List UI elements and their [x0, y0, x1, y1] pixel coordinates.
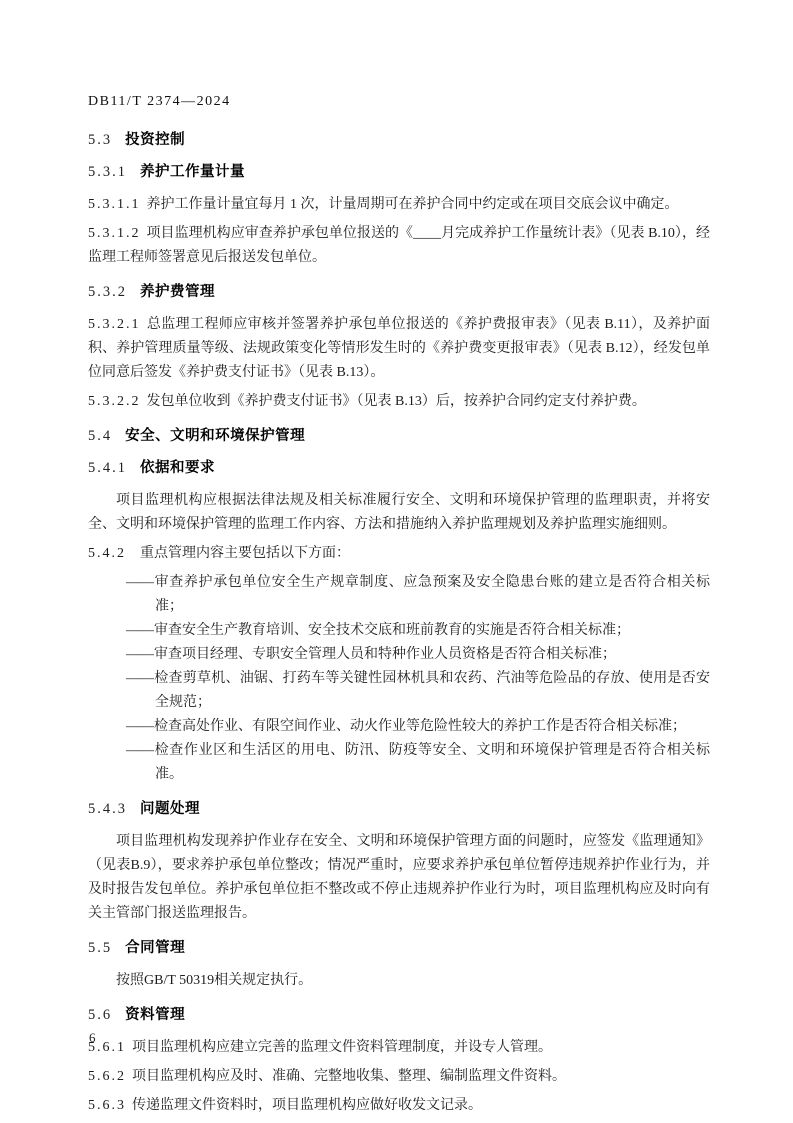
clause-title: 资料管理 [125, 1007, 185, 1023]
clause-heading-5-3-2: 5.3.2养护费管理 [88, 283, 710, 302]
paragraph-5-6-2: 5.6.2项目监理机构应及时、准确、完整地收集、整理、编制监理文件资料。 [88, 1065, 710, 1089]
clause-heading-5-4-1: 5.4.1依据和要求 [88, 459, 710, 478]
clause-title: 养护工作量计量 [140, 164, 245, 180]
clause-title: 问题处理 [140, 801, 200, 817]
clause-number: 5.3.2.2 [88, 394, 141, 409]
page-number: 6 [89, 1030, 96, 1046]
clause-heading-5-3: 5.3投资控制 [88, 131, 710, 150]
clause-number: 5.5 [88, 940, 112, 956]
dash-item-5: ——检查高处作业、有限空间作业、动火作业等危险性较大的养护工作是否符合相关标准； [126, 715, 710, 739]
paragraph-5-6-1: 5.6.1项目监理机构应建立完善的监理文件资料管理制度，并设专人管理。 [88, 1036, 710, 1060]
clause-number: 5.6.3 [88, 1098, 126, 1113]
paragraph-5-6-3: 5.6.3传递监理文件资料时，项目监理机构应做好收发文记录。 [88, 1094, 710, 1118]
paragraph-5-5-body: 按照GB/T 50319相关规定执行。 [88, 969, 710, 993]
paragraph-text: 发包单位收到《养护费支付证书》（见表 B.13）后，按养护合同约定支付养护费。 [147, 394, 646, 409]
clause-number: 5.3 [88, 132, 112, 148]
paragraph-5-3-2-2: 5.3.2.2发包单位收到《养护费支付证书》（见表 B.13）后，按养护合同约定… [88, 390, 710, 414]
clause-title: 合同管理 [125, 940, 185, 956]
dash-item-4: ——检查剪草机、油锯、打药车等关键性园林机具和农药、汽油等危险品的存放、使用是否… [126, 667, 710, 715]
dash-item-6: ——检查作业区和生活区的用电、防汛、防疫等安全、文明和环境保护管理是否符合相关标… [126, 739, 710, 787]
paragraph-5-4-3-body: 项目监理机构发现养护作业存在安全、文明和环境保护管理方面的问题时，应签发《监理通… [88, 830, 710, 926]
clause-title: 投资控制 [125, 132, 185, 148]
clause-number: 5.4.1 [88, 460, 127, 476]
paragraph-text: 项目监理机构应建立完善的监理文件资料管理制度，并设专人管理。 [132, 1040, 552, 1055]
clause-title: 依据和要求 [140, 460, 215, 476]
dash-item-1: ——审查养护承包单位安全生产规章制度、应急预案及安全隐患台账的建立是否符合相关标… [126, 571, 710, 619]
clause-number: 5.3.2.1 [88, 317, 141, 332]
paragraph-text: 重点管理内容主要包括以下方面： [140, 546, 350, 561]
clause-number: 5.6.2 [88, 1069, 126, 1084]
paragraph-5-4-2: 5.4.2重点管理内容主要包括以下方面： [88, 542, 710, 566]
paragraph-text: 项目监理机构应审查养护承包单位报送的《____月完成养护工作量统计表》（见表 B… [88, 226, 710, 265]
paragraph-text: 传递监理文件资料时，项目监理机构应做好收发文记录。 [132, 1098, 482, 1113]
clause-number: 5.3.1.1 [88, 197, 141, 212]
dash-item-2: ——审查安全生产教育培训、安全技术交底和班前教育的实施是否符合相关标准； [126, 619, 710, 643]
clause-number: 5.6 [88, 1007, 112, 1023]
clause-heading-5-4-3: 5.4.3问题处理 [88, 800, 710, 819]
clause-title: 安全、文明和环境保护管理 [125, 428, 305, 444]
clause-number: 5.4.2 [88, 546, 126, 561]
clause-heading-5-4: 5.4安全、文明和环境保护管理 [88, 427, 710, 446]
paragraph-text: 项目监理机构应及时、准确、完整地收集、整理、编制监理文件资料。 [132, 1069, 566, 1084]
paragraph-5-3-2-1: 5.3.2.1总监理工程师应审核并签署养护承包单位报送的《养护费报审表》（见表 … [88, 313, 710, 385]
clause-number: 5.3.2 [88, 284, 127, 300]
clause-number: 5.3.1 [88, 164, 127, 180]
document-content: 5.3投资控制 5.3.1养护工作量计量 5.3.1.1养护工作量计量宜每月 1… [88, 118, 710, 1123]
clause-heading-5-5: 5.5合同管理 [88, 939, 710, 958]
clause-number: 5.4.3 [88, 801, 127, 817]
paragraph-text: 养护工作量计量宜每月 1 次，计量周期可在养护合同中约定或在项目交底会议中确定。 [147, 197, 679, 212]
clause-heading-5-6: 5.6资料管理 [88, 1006, 710, 1025]
clause-heading-5-3-1: 5.3.1养护工作量计量 [88, 163, 710, 182]
document-code-header: DB11/T 2374—2024 [88, 94, 231, 110]
clause-title: 养护费管理 [140, 284, 215, 300]
document-page: DB11/T 2374—2024 5.3投资控制 5.3.1养护工作量计量 5.… [0, 0, 793, 1123]
paragraph-5-3-1-2: 5.3.1.2项目监理机构应审查养护承包单位报送的《____月完成养护工作量统计… [88, 222, 710, 270]
dash-item-3: ——审查项目经理、专职安全管理人员和特种作业人员资格是否符合相关标准； [126, 643, 710, 667]
paragraph-5-4-1-body: 项目监理机构应根据法律法规及相关标准履行安全、文明和环境保护管理的监理职责，并将… [88, 489, 710, 537]
paragraph-5-3-1-1: 5.3.1.1养护工作量计量宜每月 1 次，计量周期可在养护合同中约定或在项目交… [88, 193, 710, 217]
clause-number: 5.3.1.2 [88, 226, 141, 241]
paragraph-text: 总监理工程师应审核并签署养护承包单位报送的《养护费报审表》（见表 B.11），及… [88, 317, 710, 380]
dash-list: ——审查养护承包单位安全生产规章制度、应急预案及安全隐患台账的建立是否符合相关标… [88, 571, 710, 787]
clause-number: 5.4 [88, 428, 112, 444]
